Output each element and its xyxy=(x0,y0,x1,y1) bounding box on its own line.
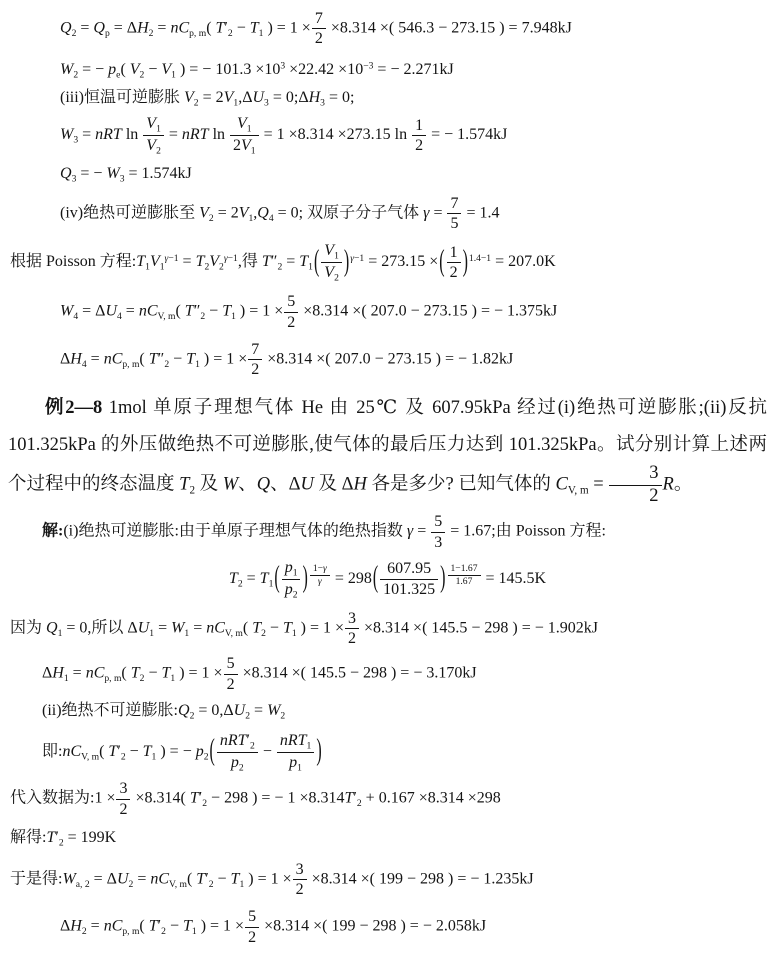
poisson-t2-equation: T2 = T1(p1p2)1−γγ = 298(607.95101.325)1−… xyxy=(8,559,767,600)
formula-line-dh2: ΔH2 = nCp, m( T′2 − T1 ) = 1 ×52 ×8.314 … xyxy=(60,908,767,946)
scanned-textbook-page: Q2 = Qp = ΔH2 = nCp, m( T′2 − T1 ) = 1 ×… xyxy=(0,0,775,946)
t2-result-line: 解得:T′2 = 199K xyxy=(10,828,767,849)
formula-line-du1: 因为 Q1 = 0,所以 ΔU1 = W1 = nCV, m( T2 − T1 … xyxy=(10,610,767,648)
example-2-8-paragraph: 例2—8 1mol 单原子理想气体 He 由 25℃ 及 607.95kPa 经… xyxy=(8,390,767,507)
solution-step-i-line: 解:(i)绝热可逆膨胀:由于单原子理想气体的绝热指数 γ = 53 = 1.67… xyxy=(42,513,767,551)
formula-line-q3: Q3 = − W3 = 1.574kJ xyxy=(60,164,767,185)
formula-line-wa2-du2: 于是得:Wa, 2 = ΔU2 = nCV, m( T′2 − T1 ) = 1… xyxy=(10,861,767,899)
formula-line-w4: W4 = ΔU4 = nCV, m( T″2 − T1 ) = 1 ×52 ×8… xyxy=(60,293,767,331)
formula-line-w2: W2 = − pe( V2 − V1 ) = − 101.3 ×103 ×22.… xyxy=(60,60,767,81)
formula-line-dh4: ΔH4 = nCp, m( T″2 − T1 ) = 1 ×72 ×8.314 … xyxy=(60,341,767,379)
poisson-equation-line: 根据 Poisson 方程:T1V1γ−1 = T2V2γ−1,得 T″2 = … xyxy=(10,242,767,283)
formula-line-w3: W3 = nRT ln V1V2 = nRT ln V12V1 = 1 ×8.3… xyxy=(60,115,767,156)
formula-line-q2: Q2 = Qp = ΔH2 = nCp, m( T′2 − T1 ) = 1 ×… xyxy=(60,10,767,48)
step-iii-isothermal-line: (iii)恒温可逆膨胀 V2 = 2V1,ΔU3 = 0;ΔH3 = 0; xyxy=(60,88,767,109)
energy-balance-equation: 即:nCV, m( T′2 − T1 ) = − p2(nRT′2p2 − nR… xyxy=(42,732,767,773)
step-iv-adiabatic-line: (iv)绝热可逆膨胀至 V2 = 2V1,Q4 = 0; 双原子分子气体 γ =… xyxy=(60,195,767,233)
formula-line-dh1: ΔH1 = nCp, m( T2 − T1 ) = 1 ×52 ×8.314 ×… xyxy=(42,655,767,693)
step-ii-irreversible-line: (ii)绝热不可逆膨胀:Q2 = 0,ΔU2 = W2 xyxy=(42,701,767,722)
substitute-data-line: 代入数据为:1 ×32 ×8.314( T′2 − 298 ) = − 1 ×8… xyxy=(10,780,767,818)
